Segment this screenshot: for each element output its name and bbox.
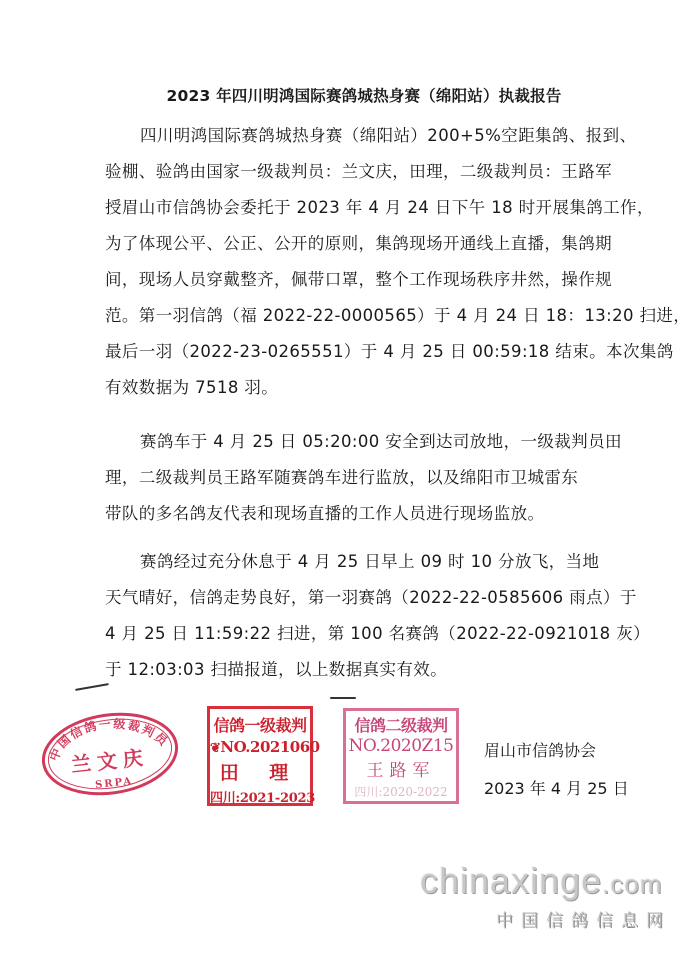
watermark-site-name: 中国信鸽信息网 xyxy=(496,906,671,931)
stamp-number-row: ❦NO.2021060 xyxy=(210,738,310,756)
oval-name: 兰文庆 xyxy=(70,745,150,777)
level1-referee-stamp: 信鸽一级裁判 ❦NO.2021060 田 理 四川:2021-2023 xyxy=(207,706,313,806)
oval-stamp-graphic: 中国信鸽一级裁判员 兰文庆 SRPA xyxy=(40,712,180,796)
stamp-validity: 四川:2020-2022 xyxy=(346,783,456,800)
level2-referee-stamp: 信鸽二级裁判 NO.2020Z15 王路军 四川:2020-2022 xyxy=(343,708,459,804)
watermark-tld: .com xyxy=(602,869,662,899)
pen-stroke xyxy=(330,697,356,699)
text-line: 4 月 25 日 11:59:22 扫进，第 100 名赛鸽（2022-22-0… xyxy=(105,624,615,644)
stamp-title: 信鸽一级裁判 xyxy=(210,713,310,736)
oval-referee-stamp: 中国信鸽一级裁判员 兰文庆 SRPA xyxy=(40,712,180,796)
report-title: 2023 年四川明鸿国际赛鸽城热身赛（绵阳站）执裁报告 xyxy=(14,84,700,106)
stamp-number: NO.2020Z15 xyxy=(346,736,456,756)
watermark-logo: chinaxinge.com xyxy=(420,860,662,902)
text-line: 理，二级裁判员王路军随赛鸽车进行监放，以及绵阳市卫城雷东 xyxy=(105,468,615,488)
watermark-domain: chinaxinge xyxy=(420,860,602,901)
text-line: 四川明鸿国际赛鸽城热身赛（绵阳站）200+5%空距集鸽、报到、 xyxy=(140,126,650,146)
issue-date: 2023 年 4 月 25 日 xyxy=(484,776,629,799)
stamp-title: 信鸽二级裁判 xyxy=(346,713,456,736)
text-line: 于 12:03:03 扫描报道，以上数据真实有效。 xyxy=(105,660,615,680)
text-line: 最后一羽（2022-23-0265551）于 4 月 25 日 00:59:18… xyxy=(105,342,615,362)
text-line: 天气晴好，信鸽走势良好，第一羽赛鸽（2022-22-0585606 雨点）于 xyxy=(105,588,615,608)
text-line: 范。第一羽信鸽（福 2022-22-0000565）于 4 月 24 日 18：… xyxy=(105,306,615,326)
text-line: 有效数据为 7518 羽。 xyxy=(105,378,615,398)
stamp-name: 田 理 xyxy=(210,758,310,785)
pen-stroke xyxy=(75,683,109,691)
text-line: 验棚、验鸽由国家一级裁判员：兰文庆，田理，二级裁判员：王路军 xyxy=(105,162,615,182)
text-line: 为了体现公平、公正、公开的原则，集鸽现场开通线上直播，集鸽期 xyxy=(105,234,615,254)
pigeon-logo-icon: ❦ xyxy=(210,741,220,756)
stamp-name: 王路军 xyxy=(346,756,456,781)
text-line: 赛鸽车于 4 月 25 日 05:20:00 安全到达司放地，一级裁判员田 xyxy=(140,432,650,452)
stamp-number: NO.2021060 xyxy=(220,738,319,756)
text-line: 间，现场人员穿戴整齐，佩带口罩，整个工作现场秩序井然，操作规 xyxy=(105,270,615,290)
stamp-validity: 四川:2021-2023 xyxy=(210,787,310,806)
text-line: 赛鸽经过充分休息于 4 月 25 日早上 09 时 10 分放飞，当地 xyxy=(140,552,650,572)
text-line: 授眉山市信鸽协会委托于 2023 年 4 月 24 日下午 18 时开展集鸽工作… xyxy=(105,198,615,218)
text-line: 带队的多名鸽友代表和现场直播的工作人员进行现场监放。 xyxy=(105,504,615,524)
issuing-organization: 眉山市信鸽协会 xyxy=(484,738,596,761)
